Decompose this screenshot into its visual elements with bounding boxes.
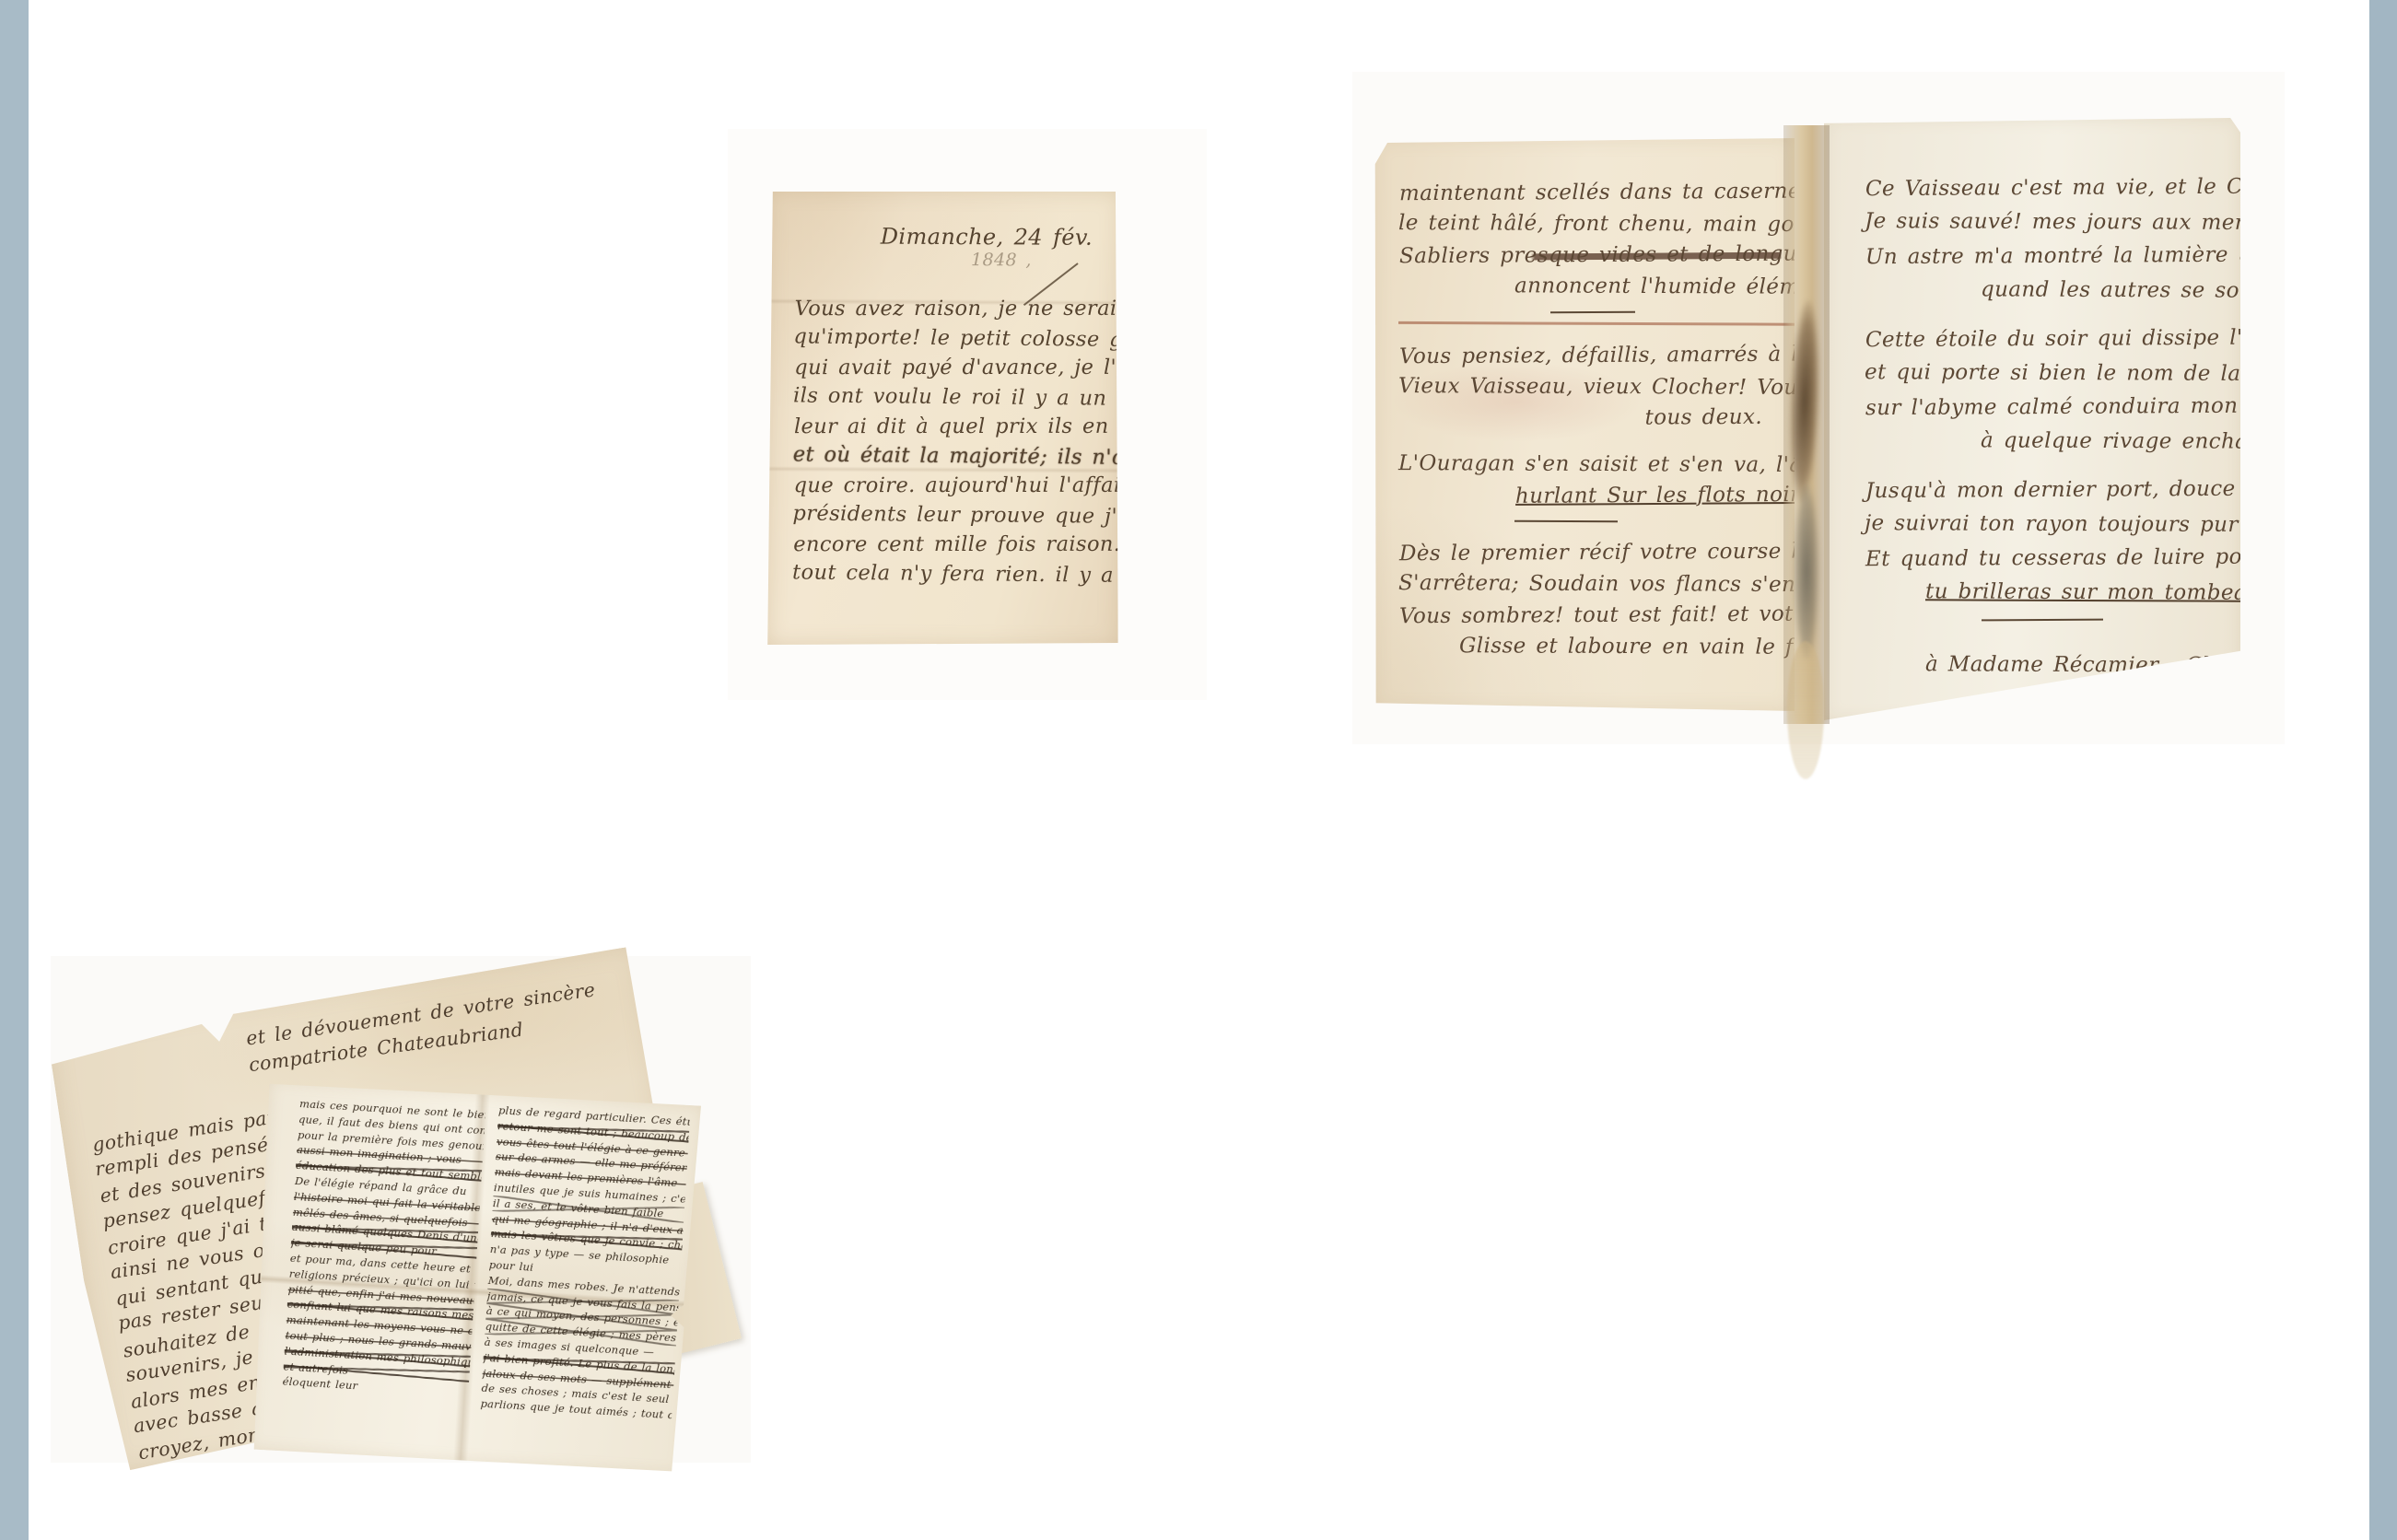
draft-column-2: plus de regard particulier. Ces études q… bbox=[480, 1102, 690, 1423]
spread-right-page: Ce Vaisseau c'est ma vie, et le Clocher … bbox=[1824, 118, 2240, 720]
gray-stain bbox=[1795, 484, 1818, 659]
photo-manuscript-spread: maintenant scellés dans ta caserne usée,… bbox=[1352, 72, 2285, 744]
right-margin-bar bbox=[2369, 0, 2397, 1540]
handwritten-line: Un astre m'a montré la lumière que j'aim… bbox=[1865, 239, 2234, 274]
handwritten-line: ils ont voulu le roi il y a un mois je bbox=[793, 380, 1101, 413]
catalog-page: Dimanche, 24 fév. 1848 , Vous avez raiso… bbox=[0, 0, 2397, 1540]
handwritten-line: leur ai dit à quel prix ils en auraient, bbox=[794, 412, 1102, 441]
handwritten-rule bbox=[1514, 520, 1618, 522]
handwritten-line: tu brilleras sur mon tombeau. bbox=[1925, 575, 2233, 610]
handwritten-line: tout cela n'y fera rien. il y a — bbox=[792, 557, 1100, 589]
handwritten-line: Ce Vaisseau c'est ma vie, et le Clocher … bbox=[1865, 170, 2234, 206]
handwritten-line: qu'importe! le petit colosse gascon bbox=[793, 321, 1101, 354]
handwritten-line: Dès le premier récif votre course bornée bbox=[1399, 536, 1786, 570]
handwritten-line: le teint hâlé, front chenu, main goudron… bbox=[1398, 207, 1785, 240]
handwritten-line: à quelque rivage enchanté. bbox=[1981, 424, 2233, 459]
closing-lines: et le dévouement de votre sincèrecompatr… bbox=[243, 971, 643, 1080]
handwritten-line: à Madame Récamier . Chateaubriand bbox=[1925, 647, 2233, 682]
center-fold bbox=[1783, 125, 1830, 724]
handwritten-line: Jusqu'à mon dernier port, douce et charm… bbox=[1865, 472, 2234, 508]
left-margin-bar bbox=[0, 0, 29, 1540]
photo-letter: Dimanche, 24 fév. 1848 , Vous avez raiso… bbox=[728, 129, 1207, 700]
handwritten-line: L'Ouragan s'en saisit et s'en va, l'âme … bbox=[1398, 448, 1785, 481]
handwritten-line: maintenant scellés dans ta caserne usée, bbox=[1399, 176, 1786, 210]
handwritten-line: je suivrai ton rayon toujours pur et nou… bbox=[1865, 507, 2233, 542]
handwritten-line: Glisse et laboure en vain le fond. bbox=[1459, 630, 1785, 663]
handwritten-line: annoncent l'humide élément la mer. bbox=[1514, 270, 1785, 302]
handwritten-line: quand les autres se sont cachés. bbox=[1981, 273, 2233, 308]
tape-mark bbox=[1787, 641, 1824, 779]
handwritten-line: Sabliers presque vides et de longues ann… bbox=[1399, 239, 1786, 273]
handwritten-line: Vous sombrez! tout est fait! et votre an… bbox=[1399, 599, 1786, 633]
draft-column-1: mais ces pourquoi ne sont le bienque, il… bbox=[282, 1096, 485, 1401]
handwritten-line: Vieux Vaisseau, vieux Clocher! Vous vous… bbox=[1398, 370, 1785, 403]
photo-letter-stack: et le dévouement de votre sincèrecompatr… bbox=[51, 956, 751, 1463]
letter-body: Vous avez raison, je ne serai rien, mais… bbox=[766, 293, 1120, 589]
ink-stain bbox=[1787, 300, 1822, 504]
handwritten-line: et qui porte si bien le nom de la beauté… bbox=[1865, 356, 2233, 391]
letter-date-note: 1848 , bbox=[768, 249, 1120, 271]
handwritten-line: tous deux. bbox=[1399, 402, 1762, 435]
handwritten-line: Cette étoile du soir qui dissipe l'orage… bbox=[1865, 321, 2234, 357]
handwritten-line: Vous pensiez, défaillis, amarrés à la ri… bbox=[1399, 339, 1786, 373]
handwritten-line: encore cent mille fois raison. Mais bbox=[793, 530, 1101, 559]
letter-sheet: Dimanche, 24 fév. 1848 , Vous avez raiso… bbox=[766, 190, 1121, 647]
handwritten-line: Je suis sauvé! mes jours aux mers sont a… bbox=[1865, 204, 2233, 240]
handwritten-line: que croire. aujourd'hui l'affaire des bbox=[794, 471, 1102, 500]
handwritten-line: hurlant Sur les flots noirs et blancs. bbox=[1515, 479, 1786, 512]
draft-page: mais ces pourquoi ne sont le bienque, il… bbox=[247, 1079, 704, 1476]
handwritten-line: Et quand tu cesseras de luire pour ma vo… bbox=[1865, 541, 2234, 577]
spread-left-page: maintenant scellés dans ta caserne usée,… bbox=[1373, 138, 1795, 711]
right-page-text: Ce Vaisseau c'est ma vie, et le Clocher … bbox=[1824, 118, 2240, 682]
left-page-text: maintenant scellés dans ta caserne usée,… bbox=[1373, 138, 1795, 662]
handwritten-line: qui avait payé d'avance, je l'ai tiré. q… bbox=[794, 353, 1102, 382]
handwritten-line: et où était la majorité; ils n'ont voulu bbox=[793, 439, 1101, 472]
handwritten-rule bbox=[1550, 311, 1635, 314]
handwritten-line: S'arrêtera; Soudain vos flancs s'entrouv… bbox=[1398, 567, 1785, 601]
handwritten-line: Vous avez raison, je ne serai rien, mais bbox=[795, 294, 1103, 323]
letter-date-line: Dimanche, 24 fév. bbox=[768, 223, 1120, 251]
handwritten-line: présidents leur prouve que j'avais bbox=[792, 498, 1100, 531]
handwritten-rule bbox=[1982, 619, 2103, 622]
handwritten-line: sur l'abyme calmé conduira mon naufrage bbox=[1865, 390, 2234, 426]
